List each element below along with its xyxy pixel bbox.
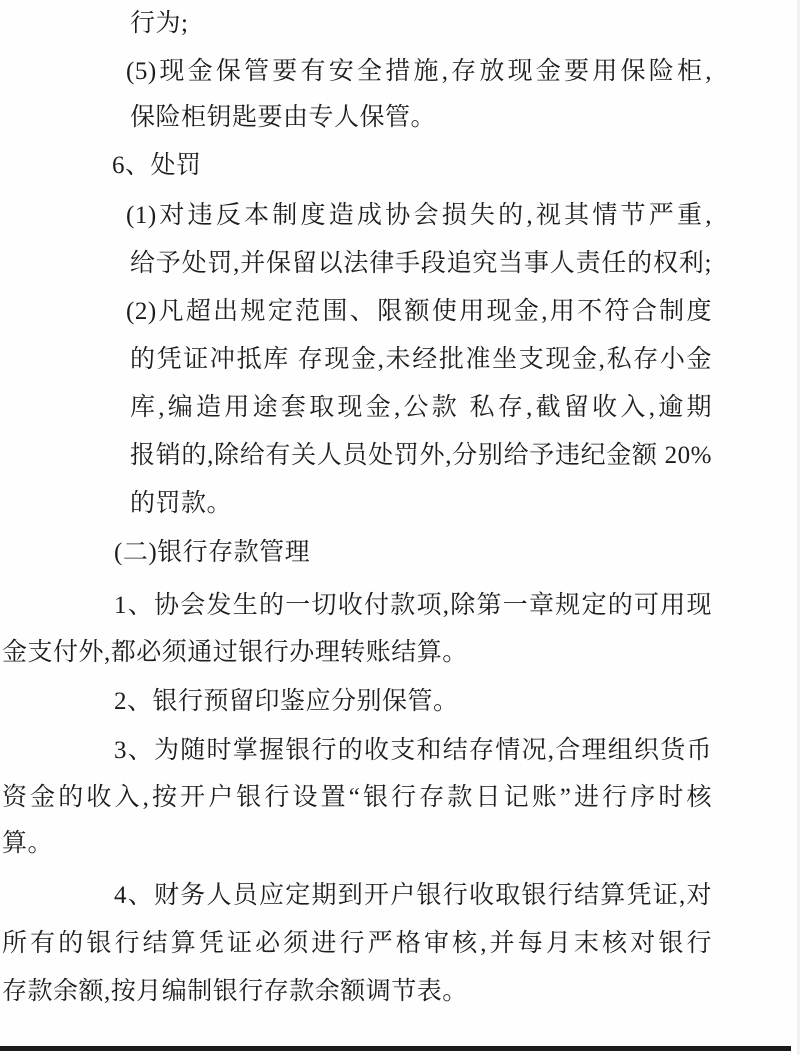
text-line: 报销的,除给有关人员处罚外,分别给予违纪金额 20% bbox=[130, 440, 712, 474]
text-line: 行为; bbox=[130, 8, 188, 40]
text-line: 保险柜钥匙要由专人保管。 bbox=[130, 102, 436, 134]
text-line: 4、财务人员应定期到开户银行收取银行结算凭证,对 bbox=[114, 880, 712, 914]
text-line: 的凭证冲抵库 存现金,未经批准坐支现金,私存小金 bbox=[130, 344, 712, 378]
text-line: 3、为随时掌握银行的收支和结存情况,合理组织货币 bbox=[114, 735, 712, 769]
text-line: (1)对违反本制度造成协会损失的,视其情节严重, bbox=[126, 200, 712, 234]
text-line: 存款余额,按月编制银行存款余额调节表。 bbox=[2, 976, 468, 1008]
bottom-divider bbox=[0, 1046, 791, 1051]
text-line: 的罚款。 bbox=[130, 488, 232, 520]
document-page: 行为;(5)现金保管要有安全措施,存放现金要用保险柜,保险柜钥匙要由专人保管。6… bbox=[0, 0, 800, 1055]
text-line: 资金的收入,按开户银行设置“银行存款日记账”进行序时核 bbox=[2, 782, 712, 816]
text-line: 算。 bbox=[2, 828, 53, 860]
text-line: 6、处罚 bbox=[112, 150, 202, 182]
text-line: 2、银行预留印鉴应分别保管。 bbox=[114, 686, 459, 718]
text-line: 所有的银行结算凭证必须进行严格审核,并每月末核对银行 bbox=[2, 928, 712, 962]
text-line: 库,编造用途套取现金,公款 私存,截留收入,逾期 bbox=[130, 392, 712, 426]
text-line: 金支付外,都必须通过银行办理转账结算。 bbox=[2, 637, 468, 669]
text-line: (2)凡超出规定范围、限额使用现金,用不符合制度 bbox=[126, 296, 712, 330]
text-line: (5)现金保管要有安全措施,存放现金要用保险柜, bbox=[126, 56, 712, 90]
text-line: 给予处罚,并保留以法律手段追究当事人责任的权利; bbox=[130, 248, 712, 282]
text-line: 1、协会发生的一切收付款项,除第一章规定的可用现 bbox=[114, 590, 712, 624]
text-line: (二)银行存款管理 bbox=[114, 537, 310, 569]
